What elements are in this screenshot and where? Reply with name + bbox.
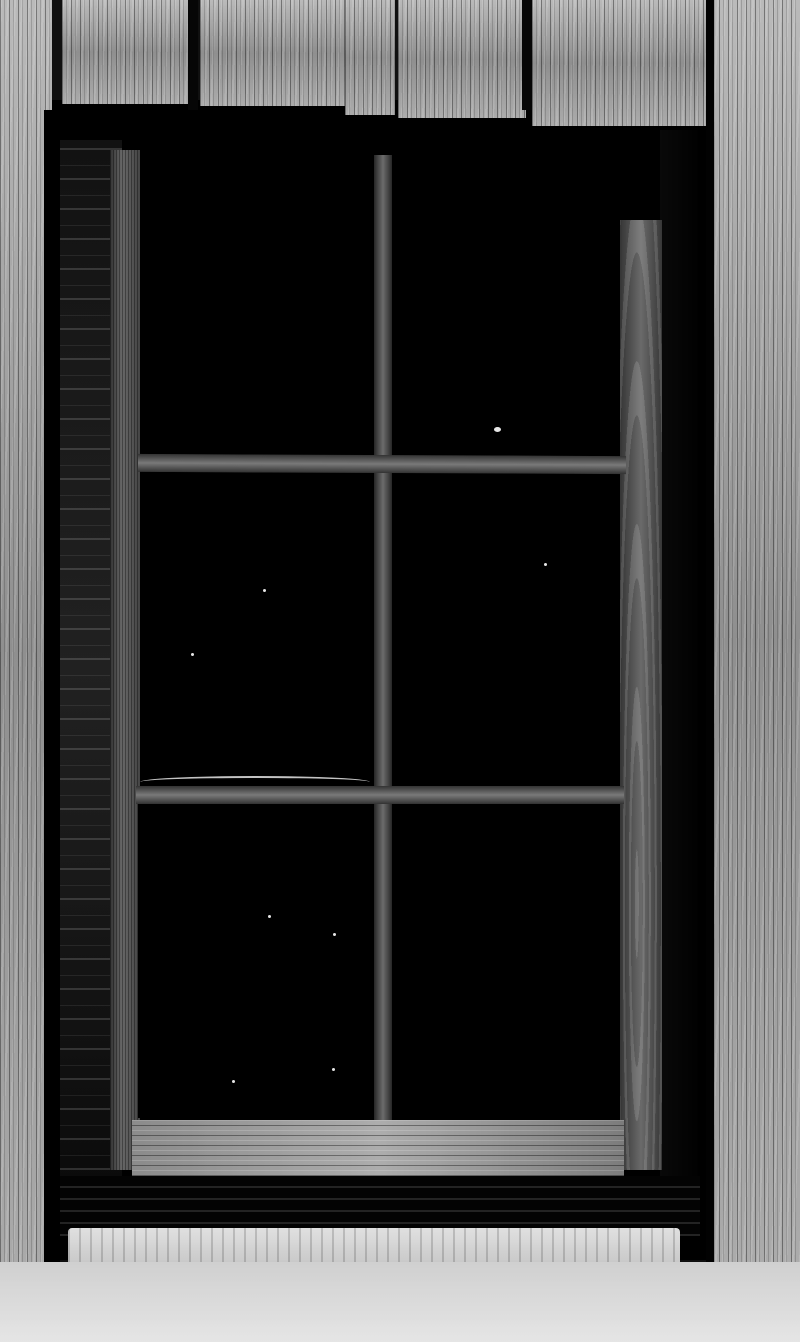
board-gap <box>522 0 532 110</box>
board-gap <box>188 0 198 110</box>
glass-pane <box>140 472 374 782</box>
dust-speck <box>263 589 266 592</box>
upper-muntin <box>138 454 626 474</box>
window-photograph <box>0 0 800 1342</box>
ground <box>0 1262 800 1342</box>
rotted-sill <box>60 1176 700 1236</box>
glass-crack <box>140 776 370 788</box>
header-board <box>62 0 190 104</box>
sash-left-stile <box>110 150 140 1170</box>
lower-muntin <box>136 786 624 804</box>
header-board <box>345 0 395 115</box>
sash-bottom-rail <box>132 1120 624 1176</box>
right-post-seam <box>706 0 714 1270</box>
left-post-shadow <box>44 110 60 1280</box>
dust-speck <box>494 427 501 432</box>
sash-right-stile-knot <box>620 220 662 1170</box>
glass-pane <box>138 804 372 1118</box>
dust-speck <box>333 933 336 936</box>
dust-speck <box>268 915 271 918</box>
glass-pane <box>390 806 618 1118</box>
dust-speck <box>544 563 547 566</box>
glass-pane <box>392 150 618 460</box>
glass-pane <box>142 150 374 456</box>
glass-pane <box>392 476 620 786</box>
header-board <box>532 0 710 126</box>
dust-speck <box>332 1068 335 1071</box>
header-board <box>200 0 345 106</box>
dust-speck <box>191 653 194 656</box>
right-wall-post <box>710 0 800 1275</box>
recess-right-shadow <box>660 130 710 1210</box>
vertical-mullion <box>374 155 392 1125</box>
dust-speck <box>232 1080 235 1083</box>
header-board <box>398 0 526 118</box>
